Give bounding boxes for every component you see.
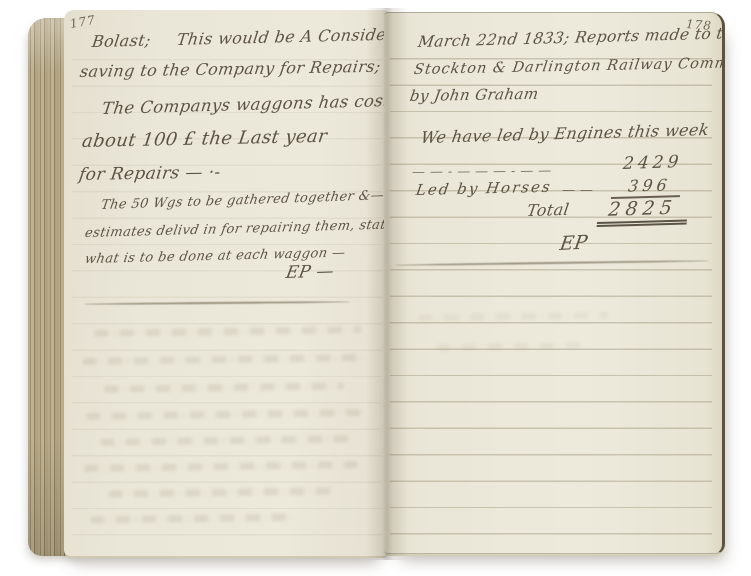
hand-dash-run: — — - — — — - — — — [412, 165, 552, 179]
hand-dash-run: — — — [562, 184, 593, 197]
handwriting-line: saving to the Company for Repairs; — [79, 59, 382, 80]
show-through-stroke — [108, 487, 332, 497]
handwriting-word: Bolast; — [91, 31, 152, 52]
handwriting-line: Stockton & Darlington Railway Committee — [413, 56, 725, 78]
hand-gap — [150, 45, 176, 46]
handwriting-line: Bolast;This would be A Considerable — [91, 26, 388, 50]
report-horses-value: 396 — [611, 177, 682, 199]
show-through-stroke — [436, 342, 586, 351]
handwriting-line: about 100 £ the Last year — [81, 128, 329, 151]
report-horses-label: Led by Horses — [415, 180, 553, 198]
show-through-stroke — [104, 382, 344, 392]
hand-drawn-divider — [395, 260, 709, 266]
show-through-stroke — [100, 435, 350, 445]
handwriting-word: This would be A Considerable — [176, 24, 388, 49]
report-engines-value: 2429 — [622, 154, 683, 173]
show-through-stroke — [86, 409, 364, 420]
handwriting-line: The Companys waggons has cost — [101, 93, 388, 118]
left-page: 177 Bolast;This would be A Considerable … — [64, 10, 388, 556]
show-through-stroke — [418, 312, 608, 322]
show-through-stroke — [84, 461, 358, 472]
show-through-stroke — [82, 354, 366, 365]
handwriting-line: estimates delivd in for repairing them, … — [84, 218, 388, 240]
ruled-lines-right — [390, 33, 712, 543]
handwriting-line: The 50 Wgs to be gathered together &— — [100, 189, 385, 212]
show-through-stroke — [90, 514, 294, 524]
page-number-left: 177 — [69, 14, 97, 30]
handwriting-line: for Repairs — ·- — [78, 165, 222, 185]
handwriting-line: March 22nd 1833; Reports made to the — [417, 26, 725, 51]
show-through-stroke — [94, 326, 362, 337]
signature-initials: EP — [558, 233, 588, 254]
report-engines-label: We have led by Engines this week — [420, 122, 710, 146]
report-total-value: 2825 — [597, 198, 690, 227]
handwriting-line: by John Graham — [409, 87, 540, 104]
report-total-label: Total — [526, 202, 571, 219]
right-page: 178 March 22nd 1833; Reports made to the… — [384, 12, 725, 554]
photograph-background: 177 Bolast;This would be A Considerable … — [0, 0, 751, 576]
hand-drawn-divider — [84, 301, 350, 305]
signature-initials: EP — — [284, 263, 335, 282]
notebook: 177 Bolast;This would be A Considerable … — [28, 8, 726, 560]
